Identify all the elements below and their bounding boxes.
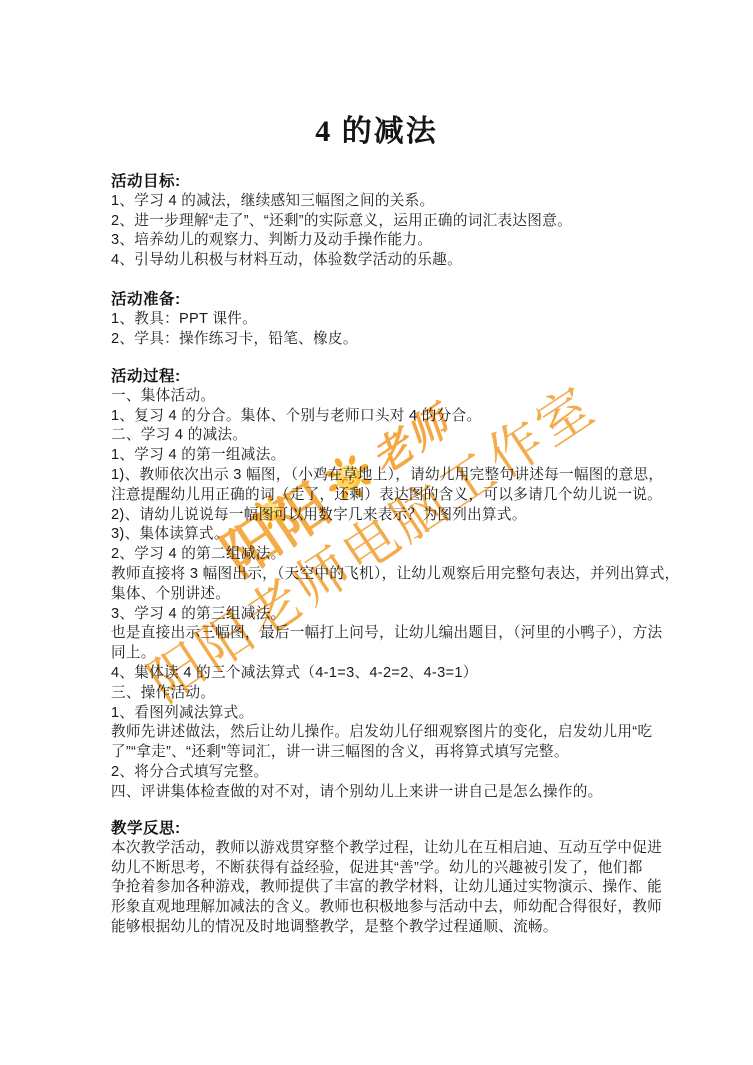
section-activity-preparation: 活动准备:1、教具：PPT 课件。2、学具：操作练习卡，铅笔、橡皮。 bbox=[111, 290, 671, 349]
text-line: 2、进一步理解“走了”、“还剩”的实际意义，运用正确的词汇表达图意。 bbox=[111, 212, 671, 232]
text-line: 幼儿不断思考，不断获得有益经验，促进其“善”学。幼儿的兴趣被引发了，他们都 bbox=[111, 859, 671, 879]
text-line: 1、教具：PPT 课件。 bbox=[111, 310, 671, 330]
text-line: 1、复习 4 的分合。集体、个别与老师口头对 4 的分合。 bbox=[111, 407, 671, 427]
text-line: 3、学习 4 的第三组减法。 bbox=[111, 605, 671, 625]
text-line: 三、操作活动。 bbox=[111, 684, 671, 704]
text-line: 教师直接将 3 幅图出示，（天空中的飞机），让幼儿观察后用完整句表达，并列出算式… bbox=[111, 565, 671, 585]
section-activity-process: 活动过程:一、集体活动。1、复习 4 的分合。集体、个别与老师口头对 4 的分合… bbox=[111, 367, 671, 803]
text-line: 1、学习 4 的第一组减法。 bbox=[111, 446, 671, 466]
text-line: 3)、集体读算式。 bbox=[111, 525, 671, 545]
section-heading: 活动目标: bbox=[111, 172, 671, 192]
text-line: 1、学习 4 的减法，继续感知三幅图之间的关系。 bbox=[111, 192, 671, 212]
text-line: 3、培养幼儿的观察力、判断力及动手操作能力。 bbox=[111, 231, 671, 251]
text-line: 四、评讲集体检查做的对不对，请个别幼儿上来讲一讲自己是怎么操作的。 bbox=[111, 783, 671, 803]
text-line: 二、学习 4 的减法。 bbox=[111, 426, 671, 446]
section-teaching-reflection: 教学反思:本次教学活动，教师以游戏贯穿整个教学过程，让幼儿在互相启迪、互动互学中… bbox=[111, 819, 671, 938]
text-line: 4、集体读 4 的三个减法算式（4-1=3、4-2=2、4-3=1） bbox=[111, 664, 671, 684]
text-line: 也是直接出示三幅图，最后一幅打上问号，让幼儿编出题目，（河里的小鸭子），方法 bbox=[111, 624, 671, 644]
text-line: 1、看图列减法算式。 bbox=[111, 704, 671, 724]
text-line: 4、引导幼儿积极与材料互动，体验数学活动的乐趣。 bbox=[111, 251, 671, 271]
text-line: 教师先讲述做法，然后让幼儿操作。启发幼儿仔细观察图片的变化，启发幼儿用“吃 bbox=[111, 723, 671, 743]
text-line: 本次教学活动，教师以游戏贯穿整个教学过程，让幼儿在互相启迪、互动互学中促进 bbox=[111, 839, 671, 859]
text-line: 同上。 bbox=[111, 644, 671, 664]
text-line: 形象直观地理解加减法的含义。教师也积极地参与活动中去，师幼配合得很好，教师 bbox=[111, 898, 671, 918]
text-line: 注意提醒幼儿用正确的词（走了，还剩）表达图的含义，可以多请几个幼儿说一说。 bbox=[111, 486, 671, 506]
text-line: 1)、教师依次出示 3 幅图，（小鸡在草地上），请幼儿用完整句讲述每一幅图的意思… bbox=[111, 466, 671, 486]
text-line: 一、集体活动。 bbox=[111, 387, 671, 407]
text-line: 2)、请幼儿说说每一幅图可以用数字几来表示？为图列出算式。 bbox=[111, 506, 671, 526]
section-heading: 教学反思: bbox=[111, 819, 671, 839]
text-line: 能够根据幼儿的情况及时地调整教学，是整个教学过程通顺、流畅。 bbox=[111, 918, 671, 938]
section-heading: 活动过程: bbox=[111, 367, 671, 387]
text-line: 2、学具：操作练习卡，铅笔、橡皮。 bbox=[111, 330, 671, 350]
text-line: 争抢着参加各种游戏，教师提供了丰富的教学材料，让幼儿通过实物演示、操作、能 bbox=[111, 878, 671, 898]
text-line: 2、将分合式填写完整。 bbox=[111, 763, 671, 783]
text-line: 2、学习 4 的第二组减法。 bbox=[111, 545, 671, 565]
document-body: 活动目标:1、学习 4 的减法，继续感知三幅图之间的关系。2、进一步理解“走了”… bbox=[0, 0, 753, 1065]
section-activity-goals: 活动目标:1、学习 4 的减法，继续感知三幅图之间的关系。2、进一步理解“走了”… bbox=[111, 172, 671, 271]
text-line: 了”“拿走”、“还剩”等词汇，讲一讲三幅图的含义，再将算式填写完整。 bbox=[111, 743, 671, 763]
text-line: 集体、个别讲述。 bbox=[111, 585, 671, 605]
section-heading: 活动准备: bbox=[111, 290, 671, 310]
